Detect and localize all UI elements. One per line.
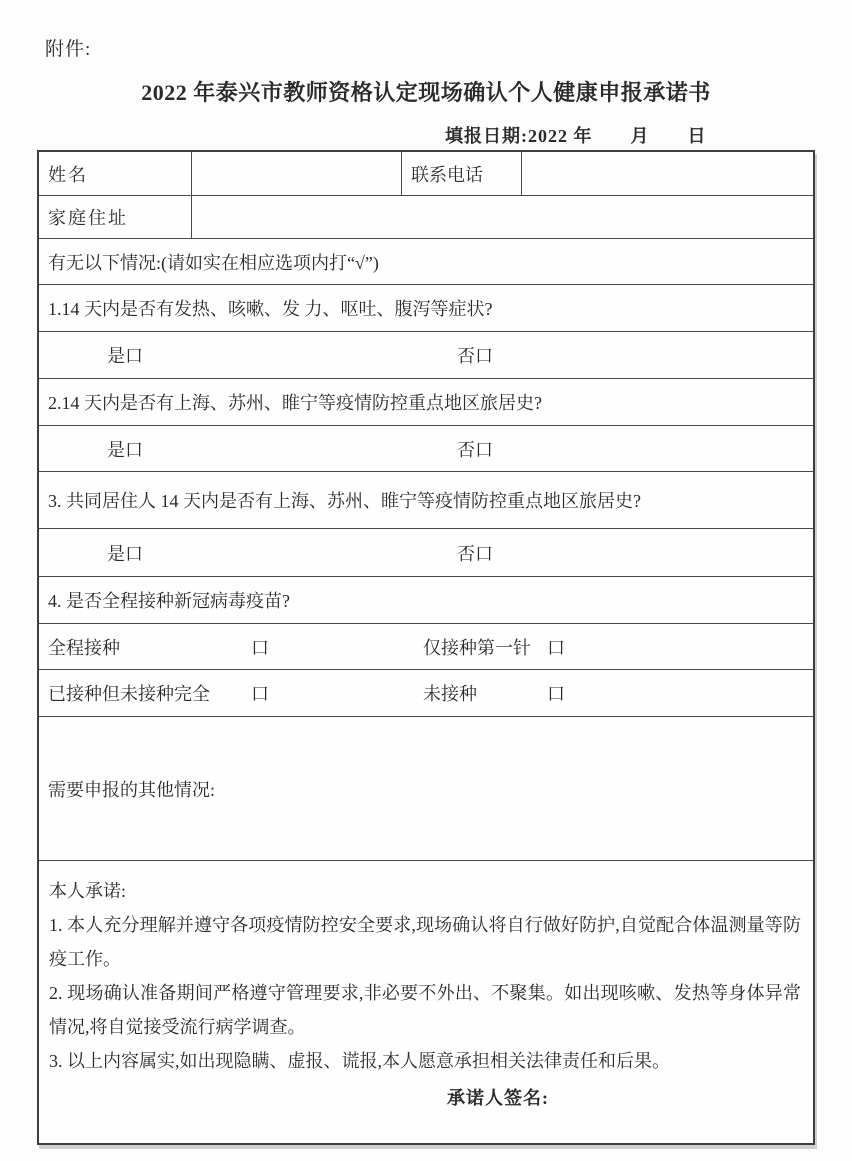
name-field[interactable] [192,152,402,195]
promise-item-1: 1. 本人充分理解并遵守各项疫情防控安全要求,现场确认将自行做好防护,自觉配合体… [49,908,801,976]
q2-no-checkbox[interactable]: 否口 [457,436,493,462]
scanned-form-page: { "colors": { "ink": "#2a2a2a", "border"… [0,0,852,1161]
row-instruction: 有无以下情况:(请如实在相应选项内打“√”) [39,238,813,284]
phone-field[interactable] [522,152,813,195]
vax-partial-checkbox[interactable]: 口 [251,680,269,706]
name-label: 姓名 [39,152,192,195]
health-declaration-table: 姓名 联系电话 家庭住址 有无以下情况:(请如实在相应选项内打“√”) 1.14… [37,150,815,1145]
question-2-text: 2.14 天内是否有上海、苏州、睢宁等疫情防控重点地区旅居史? [39,379,813,425]
page-title: 2022 年泰兴市教师资格认定现场确认个人健康申报承诺书 [0,76,852,107]
q1-no-checkbox[interactable]: 否口 [457,342,493,368]
instruction-text: 有无以下情况:(请如实在相应选项内打“√”) [39,239,813,284]
promise-block: 本人承诺: 1. 本人充分理解并遵守各项疫情防控安全要求,现场确认将自行做好防护… [39,861,813,1115]
vax-none-label: 未接种 [423,680,477,706]
vax-full-checkbox[interactable]: 口 [251,634,269,660]
vax-partial-label: 已接种但未接种完全 [48,680,210,706]
question-3-text: 3. 共同居住人 14 天内是否有上海、苏州、睢宁等疫情防控重点地区旅居史? [39,472,813,528]
vax-first-shot-label: 仅接种第一针 [423,638,531,658]
fill-date-line: 填报日期:2022 年 月 日 [445,122,707,148]
row-address: 家庭住址 [39,195,813,238]
signature-label: 承诺人签名: [447,1081,549,1115]
row-question-4: 4. 是否全程接种新冠病毒疫苗? [39,576,813,623]
q3-yes-checkbox[interactable]: 是口 [107,540,143,566]
signature-field[interactable] [549,1085,689,1111]
row-vaccination-options-2: 已接种但未接种完全 口 未接种 口 [39,669,813,716]
vax-full-label: 全程接种 [48,634,120,660]
row-question-3-options: 是口 否口 [39,528,813,576]
q3-no-checkbox[interactable]: 否口 [457,540,493,566]
row-promise: 本人承诺: 1. 本人充分理解并遵守各项疫情防控安全要求,现场确认将自行做好防护… [39,860,813,1143]
vax-first-shot-checkbox[interactable]: 口 [547,638,565,658]
promise-item-2: 2. 现场确认准备期间严格遵守管理要求,非必要不外出、不聚集。如出现咳嗽、发热等… [49,976,801,1044]
row-question-2: 2.14 天内是否有上海、苏州、睢宁等疫情防控重点地区旅居史? [39,378,813,425]
row-question-2-options: 是口 否口 [39,425,813,471]
vax-first-shot-option: 仅接种第一针口 [423,634,565,660]
row-other-situations[interactable]: 需要申报的其他情况: [39,716,813,860]
signature-line: 承诺人签名: [447,1081,801,1115]
attachment-label: 附件: [45,34,91,61]
q2-yes-checkbox[interactable]: 是口 [107,436,143,462]
promise-heading: 本人承诺: [49,874,801,908]
promise-item-3: 3. 以上内容属实,如出现隐瞒、虚报、谎报,本人愿意承担相关法律责任和后果。 [49,1044,801,1078]
other-situations-label: 需要申报的其他情况: [39,717,813,860]
q1-yes-checkbox[interactable]: 是口 [107,342,143,368]
question-4-text: 4. 是否全程接种新冠病毒疫苗? [39,577,813,623]
row-vaccination-options-1: 全程接种 口 仅接种第一针口 [39,623,813,669]
question-1-text: 1.14 天内是否有发热、咳嗽、发 力、呕吐、腹泻等症状? [39,285,813,331]
address-field[interactable] [192,196,813,238]
row-name-phone: 姓名 联系电话 [39,152,813,195]
row-question-1-options: 是口 否口 [39,331,813,378]
phone-label: 联系电话 [402,152,522,195]
row-question-1: 1.14 天内是否有发热、咳嗽、发 力、呕吐、腹泻等症状? [39,284,813,331]
row-question-3: 3. 共同居住人 14 天内是否有上海、苏州、睢宁等疫情防控重点地区旅居史? [39,471,813,528]
vax-none-checkbox[interactable]: 口 [547,680,565,706]
address-label: 家庭住址 [39,196,192,238]
